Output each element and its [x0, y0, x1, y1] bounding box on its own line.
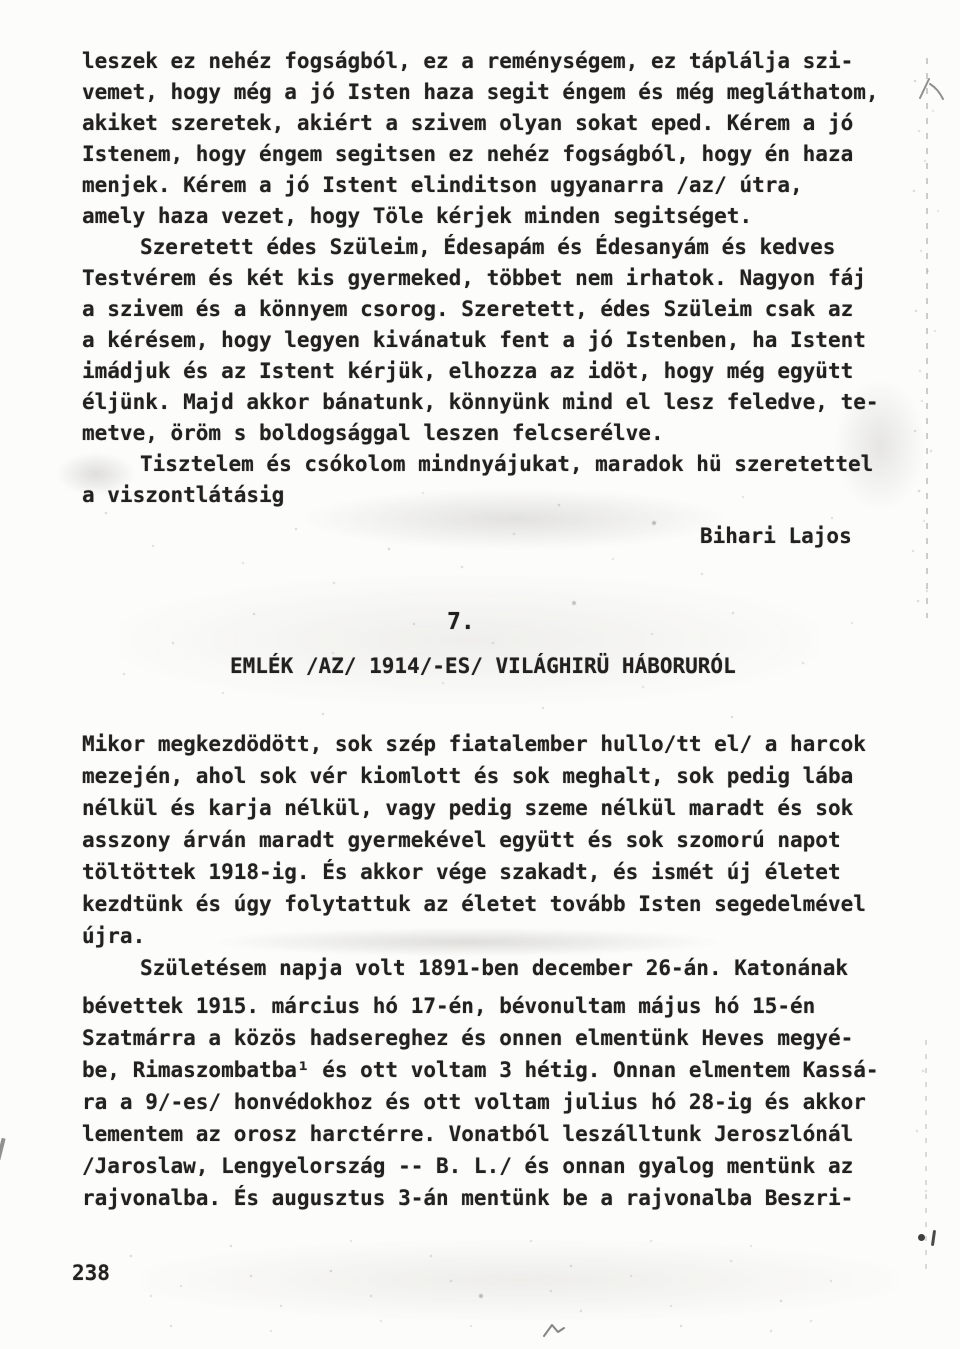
letter-line: Tisztelem és csókolom mindnyájukat, mara… — [82, 449, 892, 480]
letter-line: menjek. Kérem a jó Istent elinditson ugy… — [82, 170, 892, 201]
scan-streak — [925, 1040, 927, 1270]
ink-dot — [918, 1234, 925, 1241]
letter-line: Szeretett édes Szüleim, Édesapám és Édes… — [82, 232, 892, 263]
memoir-body: Mikor megkezdödött, sok szép fiatalember… — [82, 728, 902, 1214]
letter-line: imádjuk és az Istent kérjük, elhozza az … — [82, 356, 892, 387]
letter-line: amely haza vezet, hogy Töle kérjek minde… — [82, 201, 892, 232]
ink-bar — [931, 1230, 936, 1246]
page-number: 238 — [72, 1258, 110, 1289]
letter-body: leszek ez nehéz fogságból, ez a reménysé… — [82, 46, 892, 511]
letter-line: a viszontlátásig — [82, 480, 892, 511]
scan-smudge — [120, 575, 820, 705]
letter-line: a szivem és a könnyem csorog. Szeretett,… — [82, 294, 892, 325]
memoir-line: nélkül és karja nélkül, vagy pedig szeme… — [82, 792, 902, 824]
memoir-line: rajvonalba. És augusztus 3-án mentünk be… — [82, 1182, 902, 1214]
memoir-line: kezdtünk és úgy folytattuk az életet tov… — [82, 888, 902, 920]
letter-line: a kérésem, hogy legyen kivánatuk fent a … — [82, 325, 892, 356]
memoir-line: Születésem napja volt 1891-ben december … — [82, 952, 902, 984]
scan-smudge — [140, 1240, 900, 1320]
memoir-line: lementem az orosz harctérre. Vonatból le… — [82, 1118, 902, 1150]
edge-ink-mark — [0, 1138, 6, 1160]
letter-line: vemet, hogy még a jó Isten haza segit én… — [82, 77, 892, 108]
handwriting-mark-icon — [916, 76, 948, 106]
memoir-line: újra. — [82, 920, 902, 952]
letter-line: leszek ez nehéz fogságból, ez a reménysé… — [82, 46, 892, 77]
memoir-line: mezején, ahol sok vér kiomlott és sok me… — [82, 760, 902, 792]
section-number: 7. — [447, 609, 475, 635]
memoir-line: töltöttek 1918-ig. És akkor vége szakadt… — [82, 856, 902, 888]
section-title: EMLÉK /AZ/ 1914/-ES/ VILÁGHIRÜ HÁBORURÓL — [230, 654, 736, 678]
memoir-line: Mikor megkezdödött, sok szép fiatalember… — [82, 728, 902, 760]
scan-streak — [926, 58, 928, 618]
scanned-document-page: leszek ez nehéz fogságból, ez a reménysé… — [0, 0, 960, 1349]
letter-line: Istenem, hogy éngem segitsen ez nehéz fo… — [82, 139, 892, 170]
letter-line: Testvérem és két kis gyermeked, többet n… — [82, 263, 892, 294]
memoir-line: asszony árván maradt gyermekével együtt … — [82, 824, 902, 856]
scan-speckles — [912, 70, 914, 72]
letter-line: metve, öröm s boldogsággal leszen felcse… — [82, 418, 892, 449]
memoir-line: /Jaroslaw, Lengyelország -- B. L./ és on… — [82, 1150, 902, 1182]
memoir-line: bévettek 1915. március hó 17-én, bévonul… — [82, 990, 902, 1022]
memoir-line: Szatmárra a közös hadsereghez és onnen e… — [82, 1022, 902, 1054]
bottom-ink-mark-icon — [542, 1322, 566, 1342]
letter-line: éljünk. Majd akkor bánatunk, könnyünk mi… — [82, 387, 892, 418]
letter-line: akiket szeretek, akiért a szivem olyan s… — [82, 108, 892, 139]
signature: Bihari Lajos — [700, 521, 852, 552]
scan-speckles — [110, 1225, 112, 1227]
memoir-line: ra a 9/-es/ honvédokhoz és ott voltam ju… — [82, 1086, 902, 1118]
memoir-line: be, Rimaszombatba¹ és ott voltam 3 hétig… — [82, 1054, 902, 1086]
